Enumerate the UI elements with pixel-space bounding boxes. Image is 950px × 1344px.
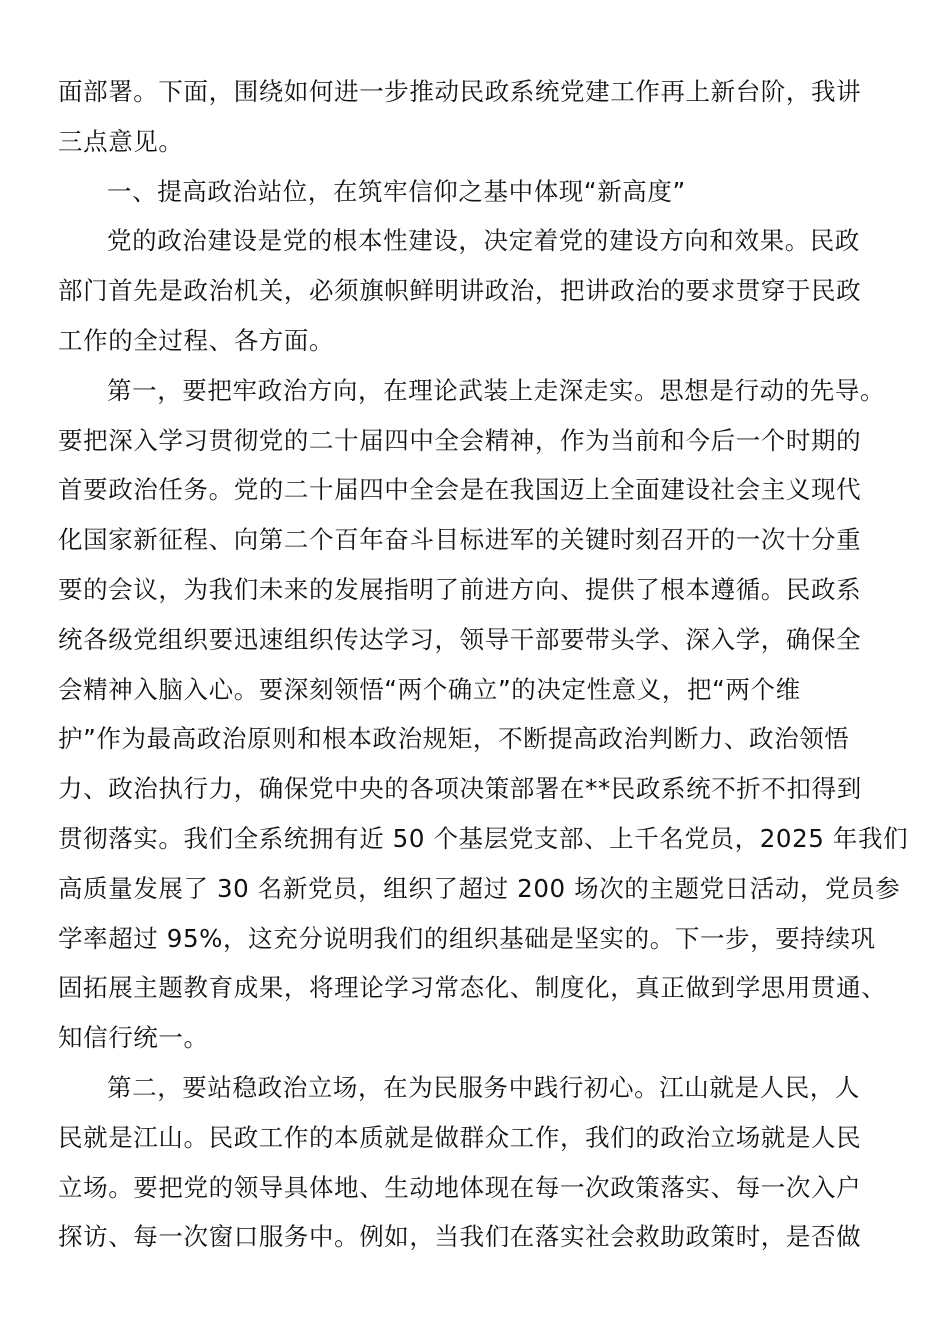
text-line: 民就是江山。民政工作的本质就是做群众工作，我们的政治立场就是人民 [58, 1113, 894, 1163]
text-line: 学率超过 95%，这充分说明我们的组织基础是坚实的。下一步，要持续巩 [58, 914, 894, 964]
text-line: 探访、每一次窗口服务中。例如，当我们在落实社会救助政策时，是否做 [58, 1212, 894, 1262]
text-line: 部门首先是政治机关，必须旗帜鲜明讲政治，把讲政治的要求贯穿于民政 [58, 266, 894, 316]
text-line: 三点意见。 [58, 117, 894, 167]
text-line: 护”作为最高政治原则和根本政治规矩，不断提高政治判断力、政治领悟 [58, 714, 894, 764]
document-page: 面部署。下面，围绕如何进一步推动民政系统党建工作再上新台阶，我讲 三点意见。 一… [0, 0, 950, 1344]
text-line: 固拓展主题教育成果，将理论学习常态化、制度化，真正做到学思用贯通、 [58, 963, 894, 1013]
text-line: 统各级党组织要迅速组织传达学习，领导干部要带头学、深入学，确保全 [58, 615, 894, 665]
text-line: 工作的全过程、各方面。 [58, 316, 894, 366]
text-line: 知信行统一。 [58, 1013, 894, 1063]
text-line: 立场。要把党的领导具体地、生动地体现在每一次政策落实、每一次入户 [58, 1163, 894, 1213]
paragraph-start: 第一，要把牢政治方向，在理论武装上走深走实。思想是行动的先导。 [58, 366, 894, 416]
text-line: 会精神入脑入心。要深刻领悟“两个确立”的决定性意义，把“两个维 [58, 665, 894, 715]
text-line: 高质量发展了 30 名新党员，组织了超过 200 场次的主题党日活动，党员参 [58, 864, 894, 914]
text-line: 力、政治执行力，确保党中央的各项决策部署在**民政系统不折不扣得到 [58, 764, 894, 814]
paragraph-start: 党的政治建设是党的根本性建设，决定着党的建设方向和效果。民政 [58, 216, 894, 266]
paragraph-start: 第二，要站稳政治立场，在为民服务中践行初心。江山就是人民，人 [58, 1063, 894, 1113]
text-line: 首要政治任务。党的二十届四中全会是在我国迈上全面建设社会主义现代 [58, 465, 894, 515]
text-line: 要的会议，为我们未来的发展指明了前进方向、提供了根本遵循。民政系 [58, 565, 894, 615]
text-line: 贯彻落实。我们全系统拥有近 50 个基层党支部、上千名党员，2025 年我们 [58, 814, 894, 864]
text-line: 要把深入学习贯彻党的二十届四中全会精神，作为当前和今后一个时期的 [58, 416, 894, 466]
section-heading: 一、提高政治站位，在筑牢信仰之基中体现“新高度” [58, 167, 894, 217]
document-body: 面部署。下面，围绕如何进一步推动民政系统党建工作再上新台阶，我讲 三点意见。 一… [58, 67, 894, 1262]
text-line: 面部署。下面，围绕如何进一步推动民政系统党建工作再上新台阶，我讲 [58, 67, 894, 117]
text-line: 化国家新征程、向第二个百年奋斗目标进军的关键时刻召开的一次十分重 [58, 515, 894, 565]
